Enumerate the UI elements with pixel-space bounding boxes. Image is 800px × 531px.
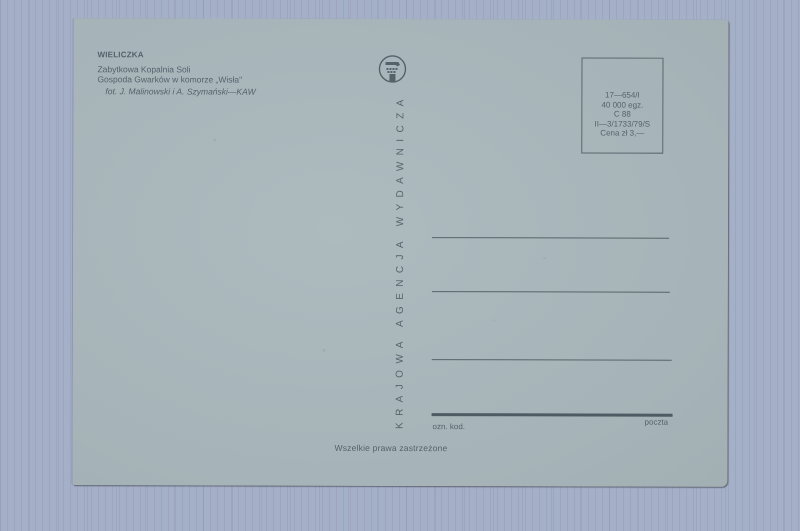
stain	[543, 257, 546, 259]
kaw-logo-icon	[376, 53, 408, 85]
address-line-postal	[432, 413, 673, 417]
caption-city: WIELICZKA	[98, 50, 256, 60]
address-line-2	[432, 291, 670, 293]
stain	[323, 349, 326, 352]
postcard-back: WIELICZKA Zabytkowa Kopalnia Soli Gospod…	[72, 18, 728, 487]
stain	[493, 319, 495, 321]
postal-code-label: ozn. kod.	[433, 422, 465, 431]
caption-line-2: Gospoda Gwarków w komorze „Wisła"	[97, 74, 255, 84]
caption-line-1: Zabytkowa Kopalnia Soli	[97, 64, 255, 74]
stamp-box: 17—654/I 40 000 egz. C 88 II—3/1733/79/S…	[581, 57, 663, 153]
photo-credit: fot. J. Malinowski i A. Szymański—KAW	[105, 86, 255, 96]
stain	[213, 139, 216, 142]
print-info: 17—654/I 40 000 egz. C 88 II—3/1733/79/S…	[582, 90, 662, 138]
caption-block: WIELICZKA Zabytkowa Kopalnia Soli Gospod…	[97, 50, 255, 96]
rights-notice: Wszelkie prawa zastrzeżone	[334, 443, 447, 453]
address-line-3	[432, 359, 672, 361]
post-office-label: poczta	[645, 418, 669, 427]
address-line-1	[432, 237, 669, 239]
